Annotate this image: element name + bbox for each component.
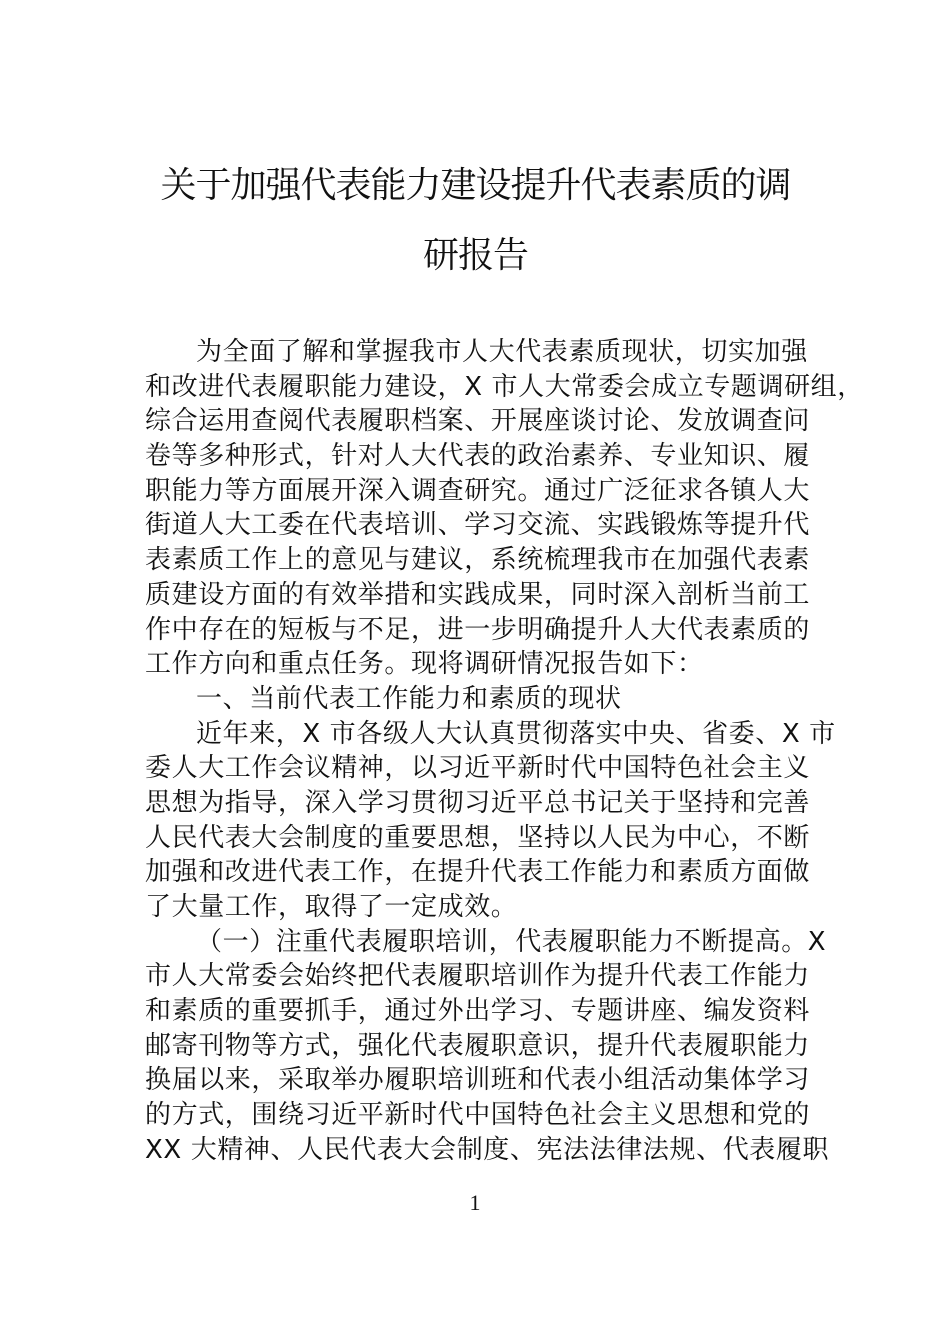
document-title: 关于加强代表能力建设提升代表素质的调 研报告	[145, 168, 806, 274]
body-line: 的方式，围绕习近平新时代中国特色社会主义思想和党的	[145, 1098, 815, 1133]
body-line: 加强和改进代表工作，在提升代表工作能力和素质方面做	[145, 855, 815, 890]
title-line: 研报告	[145, 238, 806, 274]
body-line: 人民代表大会制度的重要思想，坚持以人民为中心，不断	[145, 821, 815, 856]
body-line: XX 大精神、人民代表大会制度、宪法法律法规、代表履职	[145, 1133, 815, 1168]
document-body: 为全面了解和掌握我市人大代表素质现状，切实加强 和改进代表履职能力建设，X 市人…	[145, 335, 815, 1168]
page-number: 1	[0, 1190, 950, 1216]
body-line: 邮寄刊物等方式，强化代表履职意识，提升代表履职能力	[145, 1029, 815, 1064]
body-line: 近年来，X 市各级人大认真贯彻落实中央、省委、X 市	[145, 717, 815, 752]
body-line: 换届以来，采取举办履职培训班和代表小组活动集体学习	[145, 1063, 815, 1098]
subsection-heading: （一）注重代表履职培训，代表履职能力不断提高。X	[145, 925, 815, 960]
body-line: 卷等多种形式，针对人大代表的政治素养、专业知识、履	[145, 439, 815, 474]
body-line: 作中存在的短板与不足，进一步明确提升人大代表素质的	[145, 613, 815, 648]
body-line: 和素质的重要抓手，通过外出学习、专题讲座、编发资料	[145, 994, 815, 1029]
body-line: 了大量工作，取得了一定成效。	[145, 890, 815, 925]
body-line: 街道人大工委在代表培训、学习交流、实践锻炼等提升代	[145, 508, 815, 543]
document-page: 关于加强代表能力建设提升代表素质的调 研报告 为全面了解和掌握我市人大代表素质现…	[0, 0, 950, 1344]
body-line: 表素质工作上的意见与建议，系统梳理我市在加强代表素	[145, 543, 815, 578]
body-line: 质建设方面的有效举措和实践成果，同时深入剖析当前工	[145, 578, 815, 613]
body-line: 委人大工作会议精神，以习近平新时代中国特色社会主义	[145, 751, 815, 786]
body-line: 思想为指导，深入学习贯彻习近平总书记关于坚持和完善	[145, 786, 815, 821]
section-heading: 一、当前代表工作能力和素质的现状	[145, 682, 815, 717]
body-line: 和改进代表履职能力建设，X 市人大常委会成立专题调研组，	[145, 370, 815, 405]
body-line: 市人大常委会始终把代表履职培训作为提升代表工作能力	[145, 959, 815, 994]
body-line: 综合运用查阅代表履职档案、开展座谈讨论、发放调查问	[145, 404, 815, 439]
body-line: 职能力等方面展开深入调查研究。通过广泛征求各镇人大	[145, 474, 815, 509]
body-line: 工作方向和重点任务。现将调研情况报告如下：	[145, 647, 815, 682]
title-line: 关于加强代表能力建设提升代表素质的调	[145, 168, 806, 204]
body-line: 为全面了解和掌握我市人大代表素质现状，切实加强	[145, 335, 815, 370]
